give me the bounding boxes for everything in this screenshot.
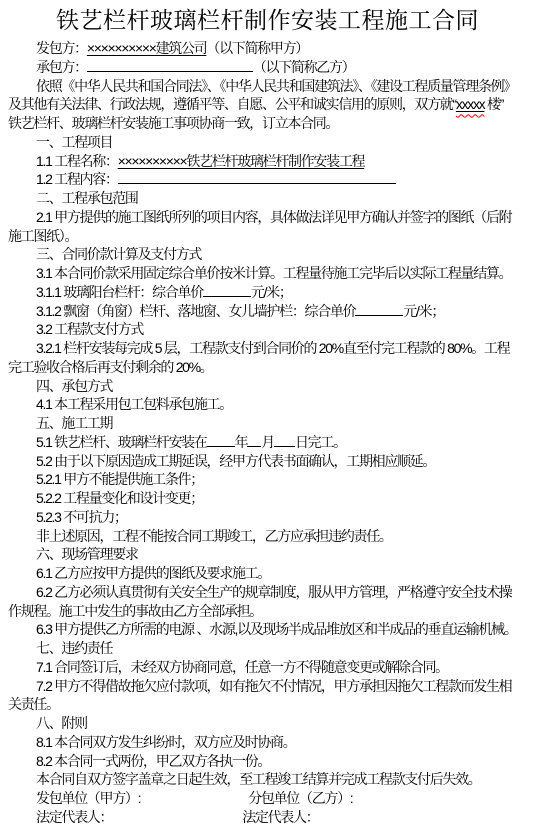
- contract-line: 8.2 本合同一式两份，甲乙双方各执一份。: [8, 752, 527, 771]
- text-segment: 5.2.2 工程量变化和设计变更；: [36, 490, 203, 506]
- text-segment: 及其他有关法律、行政法规，遵循平等、自愿、公平和诚实信用的原则，双方就“: [8, 96, 456, 112]
- text-segment: 依照《中华人民共和国合同法》、《中华人民共和国建筑法》、《建设工程质量管理条例》: [36, 78, 516, 94]
- contract-line: 5.2.3 不可抗力；: [8, 508, 527, 527]
- contract-line: 法定代表人：法定代表人：: [8, 808, 527, 827]
- text-segment: 七、违约责任: [36, 640, 112, 656]
- text-segment: 年: [235, 434, 248, 450]
- text-segment: 2.1 甲方提供的施工图纸所列的项目内容，具体做法详见甲方确认并签字的图纸（后附: [36, 209, 511, 225]
- text-segment: 铁艺栏杆、玻璃栏杆安装施工事项协商一致，订立本合同。: [8, 115, 338, 131]
- contract-line: 6.3 甲方提供乙方所需的电源 、水源,以及现场半成品堆放区和半成品的垂直运输机…: [8, 620, 527, 639]
- contract-line: 5.2 由于以下原因造成工期延误，经甲方代表书面确认，工期相应顺延。: [8, 452, 527, 471]
- contract-line: 3.1.2 飘窗（角窗）栏杆、落地窗、女儿墙护栏：综合单价元/米；: [8, 302, 527, 321]
- text-segment: 6.1 乙方应按甲方提供的图纸及要求施工。: [36, 565, 270, 581]
- text-segment: 6.2 乙方必须认真贯彻有关安全生产的规章制度，服从甲方管理，严格遵守安全技术操: [36, 584, 511, 600]
- text-segment: 元/米；: [403, 303, 444, 319]
- text-segment: 5.2.1 甲方不能提供施工条件；: [36, 471, 203, 487]
- contract-line: 6.1 乙方应按甲方提供的图纸及要求施工。: [8, 564, 527, 583]
- text-segment: 关责任。: [8, 696, 59, 712]
- contract-line: 承包方：（以下简称乙方）: [8, 58, 527, 77]
- contract-line: 关责任。: [8, 695, 527, 714]
- contract-line: 5.2.1 甲方不能提供施工条件；: [8, 470, 527, 489]
- text-segment: 承包方：: [36, 59, 87, 75]
- text-segment: 5.2.3 不可抗力；: [36, 509, 127, 525]
- contract-line: 八、附则: [8, 714, 527, 733]
- contract-line: 3.1 本合同价款采用固定综合单价按米计算。工程量待施工完毕后以实际工程量结算。: [8, 264, 527, 283]
- text-segment: 非上述原因，工程不能按合同工期竣工，乙方应承担违约责任。: [36, 528, 392, 544]
- text-segment: 四、承包方式: [36, 378, 112, 394]
- contract-line: 铁艺栏杆、玻璃栏杆安装施工事项协商一致，订立本合同。: [8, 114, 527, 133]
- text-segment: 分包单位（乙方）:: [248, 790, 352, 806]
- underlined-text-with-spellcheck: xxxxx: [456, 96, 485, 112]
- blank-fill-in-field: [274, 433, 295, 447]
- contract-line: 3.1.1 玻璃阳台栏杆：综合单价元/米；: [8, 283, 527, 302]
- text-segment: 月: [261, 434, 274, 450]
- contract-line: 发包单位（甲方）:分包单位（乙方）:: [8, 789, 527, 808]
- blank-fill-in-field: [247, 433, 261, 447]
- text-segment: 八、附则: [36, 715, 87, 731]
- contract-line: 1.1 工程名称：××××××××××铁艺栏杆玻璃栏杆制作安装工程: [8, 152, 527, 171]
- contract-line: 二、工程承包范围: [8, 189, 527, 208]
- contract-line: 5.1 铁艺栏杆、玻璃栏杆安装在年月日完工。: [8, 433, 527, 452]
- blank-fill-in-field: [203, 283, 251, 297]
- contract-line: 依照《中华人民共和国合同法》、《中华人民共和国建筑法》、《建设工程质量管理条例》: [8, 77, 527, 96]
- contract-line: 完工验收合格后再支付剩余的 20%。: [8, 358, 527, 377]
- contract-line: 一、工程项目: [8, 133, 527, 152]
- text-segment: 5.1 铁艺栏杆、玻璃栏杆安装在: [36, 434, 207, 450]
- blank-fill-in-field: [207, 433, 235, 447]
- text-segment: 7.2 甲方不得借故拖欠应付款项，如有拖欠不付情况，甲方承担因拖欠工程款而发生相: [36, 678, 511, 694]
- text-segment: 法定代表人：: [242, 809, 318, 825]
- text-segment: 5.2 由于以下原因造成工期延误，经甲方代表书面确认，工期相应顺延。: [36, 453, 435, 469]
- text-segment: 发包方：: [36, 40, 87, 56]
- text-segment: 完工验收合格后再支付剩余的 20%。: [8, 359, 213, 375]
- contract-line: 3.2.1 栏杆安装每完成 5 层，工程款支付到合同价的 20%直至付完工程款的…: [8, 339, 527, 358]
- contract-line: 五、施工工期: [8, 414, 527, 433]
- text-segment: 二、工程承包范围: [36, 190, 138, 206]
- contract-line: 1.2 工程内容：: [8, 170, 527, 189]
- text-segment: 施工图纸）。: [8, 228, 77, 244]
- contract-line: 非上述原因，工程不能按合同工期竣工，乙方应承担违约责任。: [8, 527, 527, 546]
- text-segment: （以下简称甲方）: [206, 40, 308, 56]
- contract-line: 5.2.2 工程量变化和设计变更；: [8, 489, 527, 508]
- spellcheck-wavy-underline: xxxxx: [456, 96, 485, 112]
- text-segment: 一、工程项目: [36, 134, 112, 150]
- blank-fill-in-field: [355, 302, 403, 316]
- text-segment: 元/米；: [251, 284, 292, 300]
- text-segment: 3.1 本合同价款采用固定综合单价按米计算。工程量待施工完毕后以实际工程量结算。: [36, 265, 511, 281]
- contract-line: 三、合同价款计算及支付方式: [8, 245, 527, 264]
- text-segment: 3.1.1 玻璃阳台栏杆：综合单价: [36, 284, 203, 300]
- text-segment: 五、施工工期: [36, 415, 112, 431]
- text-segment: 3.2.1 栏杆安装每完成 5 层，工程款支付到合同价的 20%直至付完工程款的…: [36, 340, 509, 356]
- contract-line: 施工图纸）。: [8, 227, 527, 246]
- text-segment: 8.1 本合同双方发生纠纷时，双方应及时协商。: [36, 734, 295, 750]
- contract-line: 2.1 甲方提供的施工图纸所列的项目内容，具体做法详见甲方确认并签字的图纸（后附: [8, 208, 527, 227]
- text-segment: 三、合同价款计算及支付方式: [36, 246, 201, 262]
- contract-line: 七、违约责任: [8, 639, 527, 658]
- text-segment: 8.2 本合同一式两份，甲乙双方各执一份。: [36, 753, 270, 769]
- blank-fill-in-field: [118, 170, 396, 184]
- text-segment: 1.1 工程名称：: [36, 153, 118, 169]
- contract-page: 铁艺栏杆玻璃栏杆制作安装工程施工合同 发包方：××××××××××建筑公司（以下…: [0, 0, 535, 827]
- text-segment: 1.2 工程内容：: [36, 171, 118, 187]
- text-segment: 7.1 合同签订后，未经双方协商同意，任意一方不得随意变更或解除合同。: [36, 659, 448, 675]
- contract-line: 本合同自双方签字盖章之日起生效，至工程竣工结算并完成工程款支付后失效。: [8, 770, 527, 789]
- text-segment: 4.1 本工程采用包工包料承包施工。: [36, 396, 232, 412]
- contract-line: 3.2 工程款支付方式: [8, 320, 527, 339]
- text-segment: 六、现场管理要求: [36, 546, 138, 562]
- text-segment: 发包单位（甲方）:: [36, 790, 140, 806]
- text-segment: 3.2 工程款支付方式: [36, 321, 143, 337]
- text-segment: 6.3 甲方提供乙方所需的电源 、水源,以及现场半成品堆放区和半成品的垂直运输机…: [36, 621, 517, 637]
- contract-line: 6.2 乙方必须认真贯彻有关安全生产的规章制度，服从甲方管理，严格遵守安全技术操: [8, 583, 527, 602]
- underlined-text: ××××××××××铁艺栏杆玻璃栏杆制作安装工程: [118, 153, 365, 169]
- contract-line: 发包方：××××××××××建筑公司（以下简称甲方）: [8, 39, 527, 58]
- text-segment: 3.1.2 飘窗（角窗）栏杆、落地窗、女儿墙护栏：综合单价: [36, 303, 355, 319]
- column-gap: [140, 802, 248, 803]
- contract-line: 四、承包方式: [8, 377, 527, 396]
- text-segment: （以下简称乙方）: [253, 59, 355, 75]
- document-title: 铁艺栏杆玻璃栏杆制作安装工程施工合同: [0, 5, 535, 35]
- text-segment: 楼”: [484, 96, 503, 112]
- contract-line: 及其他有关法律、行政法规，遵循平等、自愿、公平和诚实信用的原则，双方就“xxxx…: [8, 95, 527, 114]
- column-gap: [112, 821, 242, 822]
- underlined-text: ××××××××××建筑公司: [87, 40, 207, 56]
- text-segment: 日完工。: [295, 434, 346, 450]
- contract-line: 8.1 本合同双方发生纠纷时，双方应及时协商。: [8, 733, 527, 752]
- contract-line: 4.1 本工程采用包工包料承包施工。: [8, 395, 527, 414]
- text-segment: 本合同自双方签字盖章之日起生效，至工程竣工结算并完成工程款支付后失效。: [36, 771, 481, 787]
- text-segment: 法定代表人：: [36, 809, 112, 825]
- blank-fill-in-field: [87, 58, 253, 72]
- contract-line: 7.1 合同签订后，未经双方协商同意，任意一方不得随意变更或解除合同。: [8, 658, 527, 677]
- contract-body: 发包方：××××××××××建筑公司（以下简称甲方）承包方：（以下简称乙方）依照…: [0, 39, 535, 827]
- contract-line: 7.2 甲方不得借故拖欠应付款项，如有拖欠不付情况，甲方承担因拖欠工程款而发生相: [8, 677, 527, 696]
- contract-line: 作规程。施工中发生的事故由乙方全部承担。: [8, 602, 527, 621]
- contract-line: 六、现场管理要求: [8, 545, 527, 564]
- text-segment: 作规程。施工中发生的事故由乙方全部承担。: [8, 603, 262, 619]
